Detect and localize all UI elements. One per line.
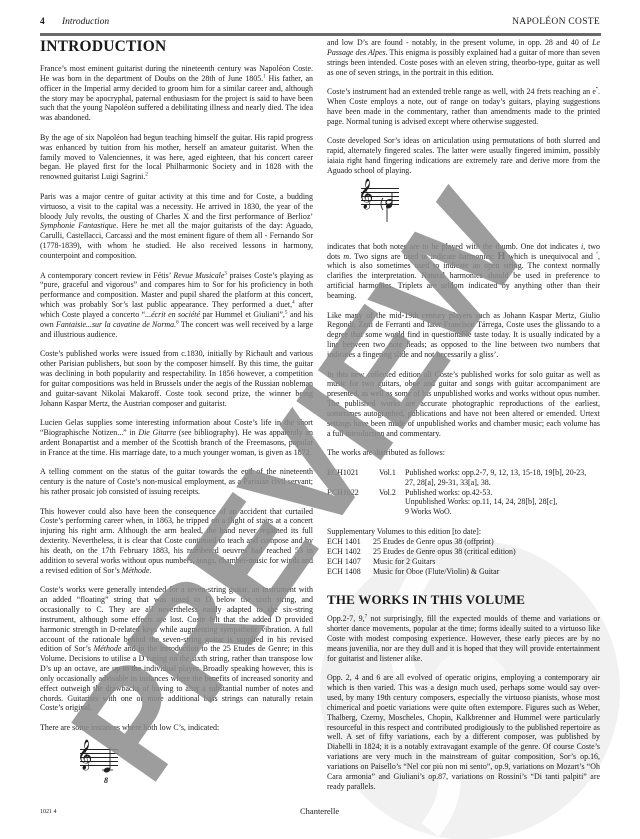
octave-mark: 8 xyxy=(104,776,108,786)
header-rule xyxy=(40,33,601,36)
running-head-section: Introduction xyxy=(62,17,109,27)
supplementary-row: ECH 1407Music for 2 Guitars xyxy=(327,557,600,567)
paragraph: A contemporary concert review in Fétis’ … xyxy=(40,271,313,340)
supplementary-heading: Supplementary Volumes to this edition [t… xyxy=(327,527,600,537)
paragraph: By the age of six Napoléon had begun tea… xyxy=(40,133,313,182)
paragraph: Coste developed Sor’s ideas on articulat… xyxy=(327,136,600,175)
paragraph: In this new collected edition all Coste’… xyxy=(327,370,600,439)
music-example-thumb: 𝄞 xyxy=(327,180,600,232)
note-low-c-icon xyxy=(100,745,120,779)
catalog-code: 1021 4 xyxy=(40,809,57,815)
paragraph: France’s most eminent guitarist during t… xyxy=(40,64,313,123)
running-head-author: NAPOLÉON COSTE xyxy=(512,17,600,27)
page-number: 4 xyxy=(40,17,45,27)
paragraph: Coste’s published works were issued from… xyxy=(40,349,313,408)
paragraph: Coste’s works were generally intended fo… xyxy=(40,585,313,713)
supplementary-row: ECH 1408Music for Oboe (Flute/Violin) & … xyxy=(327,567,600,577)
paragraph: Like many of the mid-19th century player… xyxy=(327,311,600,360)
left-column: INTRODUCTION France’s most eminent guita… xyxy=(40,38,313,801)
running-head: 4 Introduction NAPOLÉON COSTE xyxy=(40,17,600,31)
document-page: 4 Introduction NAPOLÉON COSTE INTRODUCTI… xyxy=(0,0,640,839)
paragraph: Coste’s instrument had an extended trebl… xyxy=(327,87,600,126)
paragraph: Lucien Gelas supplies some interesting i… xyxy=(40,418,313,457)
supplementary-row: ECH 140225 Etudes de Genre opus 38 (crit… xyxy=(327,547,600,557)
works-distribution-table: ECH1021 Vol.1 Published works: opp.2-7, … xyxy=(327,468,600,517)
works-row: ECH1021 Vol.1 Published works: opp.2-7, … xyxy=(327,468,600,488)
supplementary-volumes-list: Supplementary Volumes to this edition [t… xyxy=(327,527,600,576)
treble-clef-icon: 𝄞 xyxy=(358,181,373,207)
works-row: ECH1022 Vol.2 Published works: op.42-53.… xyxy=(327,488,600,518)
supplementary-row: ECH 140125 Etudes de Genre opus 38 (offp… xyxy=(327,537,600,547)
publisher-name: Chanterelle xyxy=(300,806,339,816)
treble-clef-icon: 𝄞 xyxy=(77,742,92,768)
paragraph: Opp.2-7, 9,7 not surprisingly, fill the … xyxy=(327,614,600,663)
paragraph: Paris was a major centre of guitar activ… xyxy=(40,192,313,261)
paragraph: This however could also have been the co… xyxy=(40,507,313,576)
paragraph: indicates that both notes are to be play… xyxy=(327,242,600,301)
section-title-introduction: INTRODUCTION xyxy=(40,38,313,56)
music-example-low-c: 𝄞 8 xyxy=(40,743,313,791)
right-column: and low D’s are found - notably, in the … xyxy=(327,38,600,801)
paragraph: A telling comment on the status of the g… xyxy=(40,467,313,497)
chord-thumb-icon xyxy=(377,188,399,224)
paragraph: There are some instances where both low … xyxy=(40,723,313,733)
section-title-works: THE WORKS IN THIS VOLUME xyxy=(327,592,600,607)
paragraph: and low D’s are found - notably, in the … xyxy=(327,38,600,77)
paragraph: Opp. 2, 4 and 6 are all evolved of opera… xyxy=(327,673,600,791)
footnote-ref[interactable]: 2 xyxy=(145,173,148,178)
paragraph: The works are distributed as follows: xyxy=(327,448,600,458)
